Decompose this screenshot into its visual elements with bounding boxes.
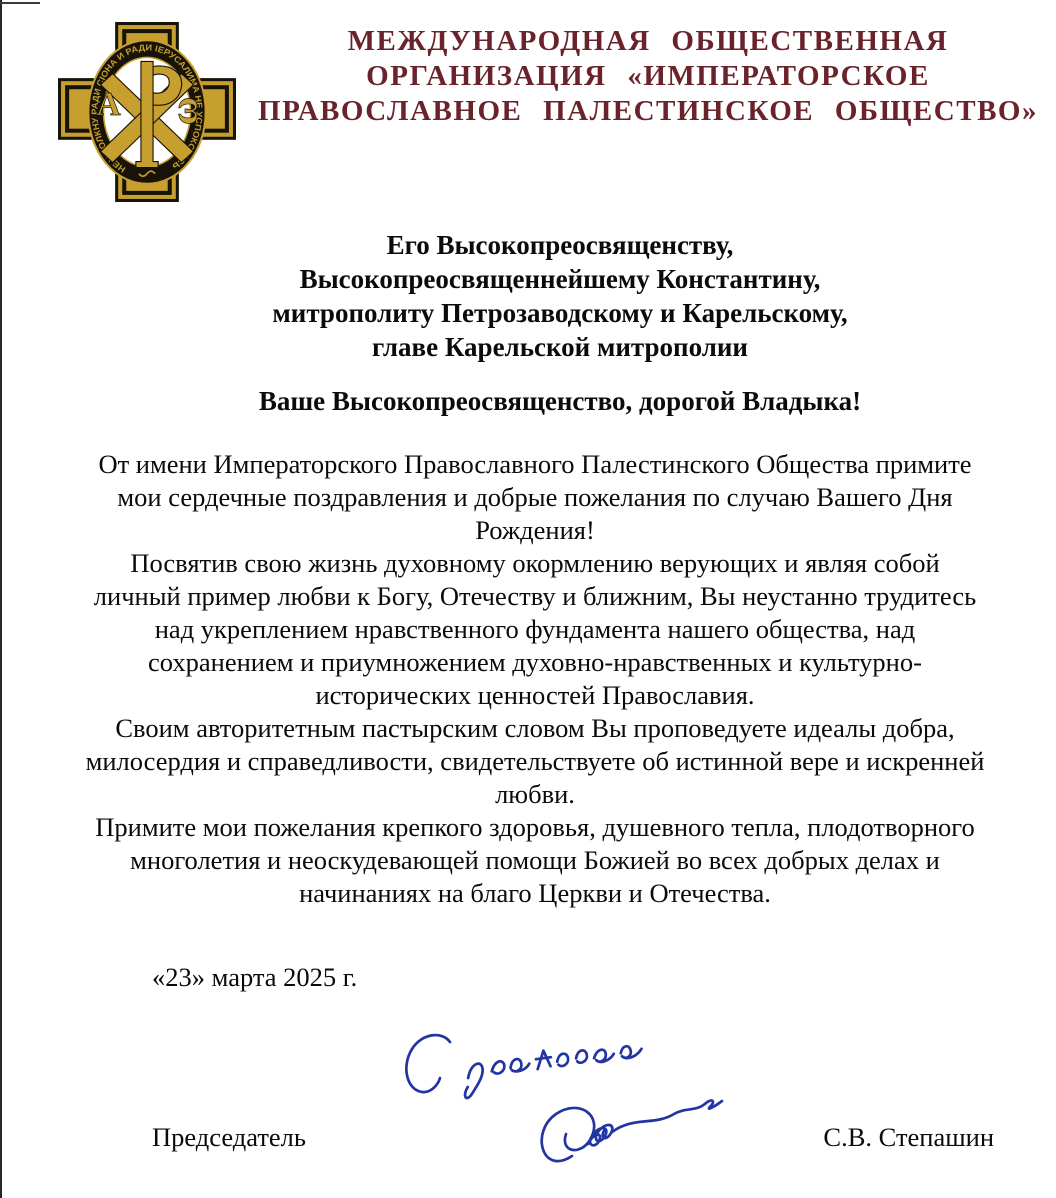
signature-row: Председатель С.В. Степашин: [152, 1122, 994, 1153]
signer-title: Председатель: [152, 1122, 306, 1153]
recipient-line: Высокопреосвященнейшему Константину,: [90, 262, 1030, 296]
recipient-line: главе Карельской митрополии: [90, 330, 1030, 364]
orthodox-cross-chi-rho-icon: НЕ УМОЛКНУ РАДИ СІОНА И РАДИ ІЕРУСАЛИМА …: [58, 22, 236, 202]
org-name-block: МЕЖДУНАРОДНАЯ ОБЩЕСТВЕННАЯ ОРГАНИЗАЦИЯ «…: [248, 24, 1048, 129]
letter-body: От имени Императорского Православного Па…: [85, 448, 985, 910]
body-paragraph: Посвятив свою жизнь духовному окормлению…: [85, 547, 985, 712]
recipient-block: Его Высокопреосвященству, Высокопреосвящ…: [90, 228, 1030, 364]
screenshot-top-edge-line: [0, 2, 40, 4]
org-name-line: ПРАВОСЛАВНОЕ ПАЛЕСТИНСКОЕ ОБЩЕСТВО»: [248, 94, 1048, 129]
org-name-line: ОРГАНИЗАЦИЯ «ИМПЕРАТОРСКОЕ: [248, 59, 1048, 94]
omega-letter: ω: [164, 97, 206, 125]
body-paragraph: Своим авторитетным пастырским словом Вы …: [85, 712, 985, 811]
signer-name: С.В. Степашин: [823, 1122, 994, 1153]
body-paragraph: Примите мои пожелания крепкого здоровья,…: [85, 811, 985, 910]
screenshot-left-edge-line: [0, 0, 2, 1198]
org-name-line: МЕЖДУНАРОДНАЯ ОБЩЕСТВЕННАЯ: [248, 24, 1048, 59]
salutation-line: Ваше Высокопреосвященство, дорогой Влады…: [90, 386, 1030, 417]
recipient-line: митрополиту Петрозаводскому и Карельском…: [90, 296, 1030, 330]
body-paragraph: От имени Императорского Православного Па…: [85, 448, 985, 547]
recipient-line: Его Высокопреосвященству,: [90, 228, 1030, 262]
letter-document: НЕ УМОЛКНУ РАДИ СІОНА И РАДИ ІЕРУСАЛИМА …: [0, 0, 1056, 1198]
society-emblem: НЕ УМОЛКНУ РАДИ СІОНА И РАДИ ІЕРУСАЛИМА …: [58, 22, 236, 202]
alpha-letter: А: [97, 86, 121, 123]
date-line: «23» марта 2025 г.: [152, 962, 357, 993]
